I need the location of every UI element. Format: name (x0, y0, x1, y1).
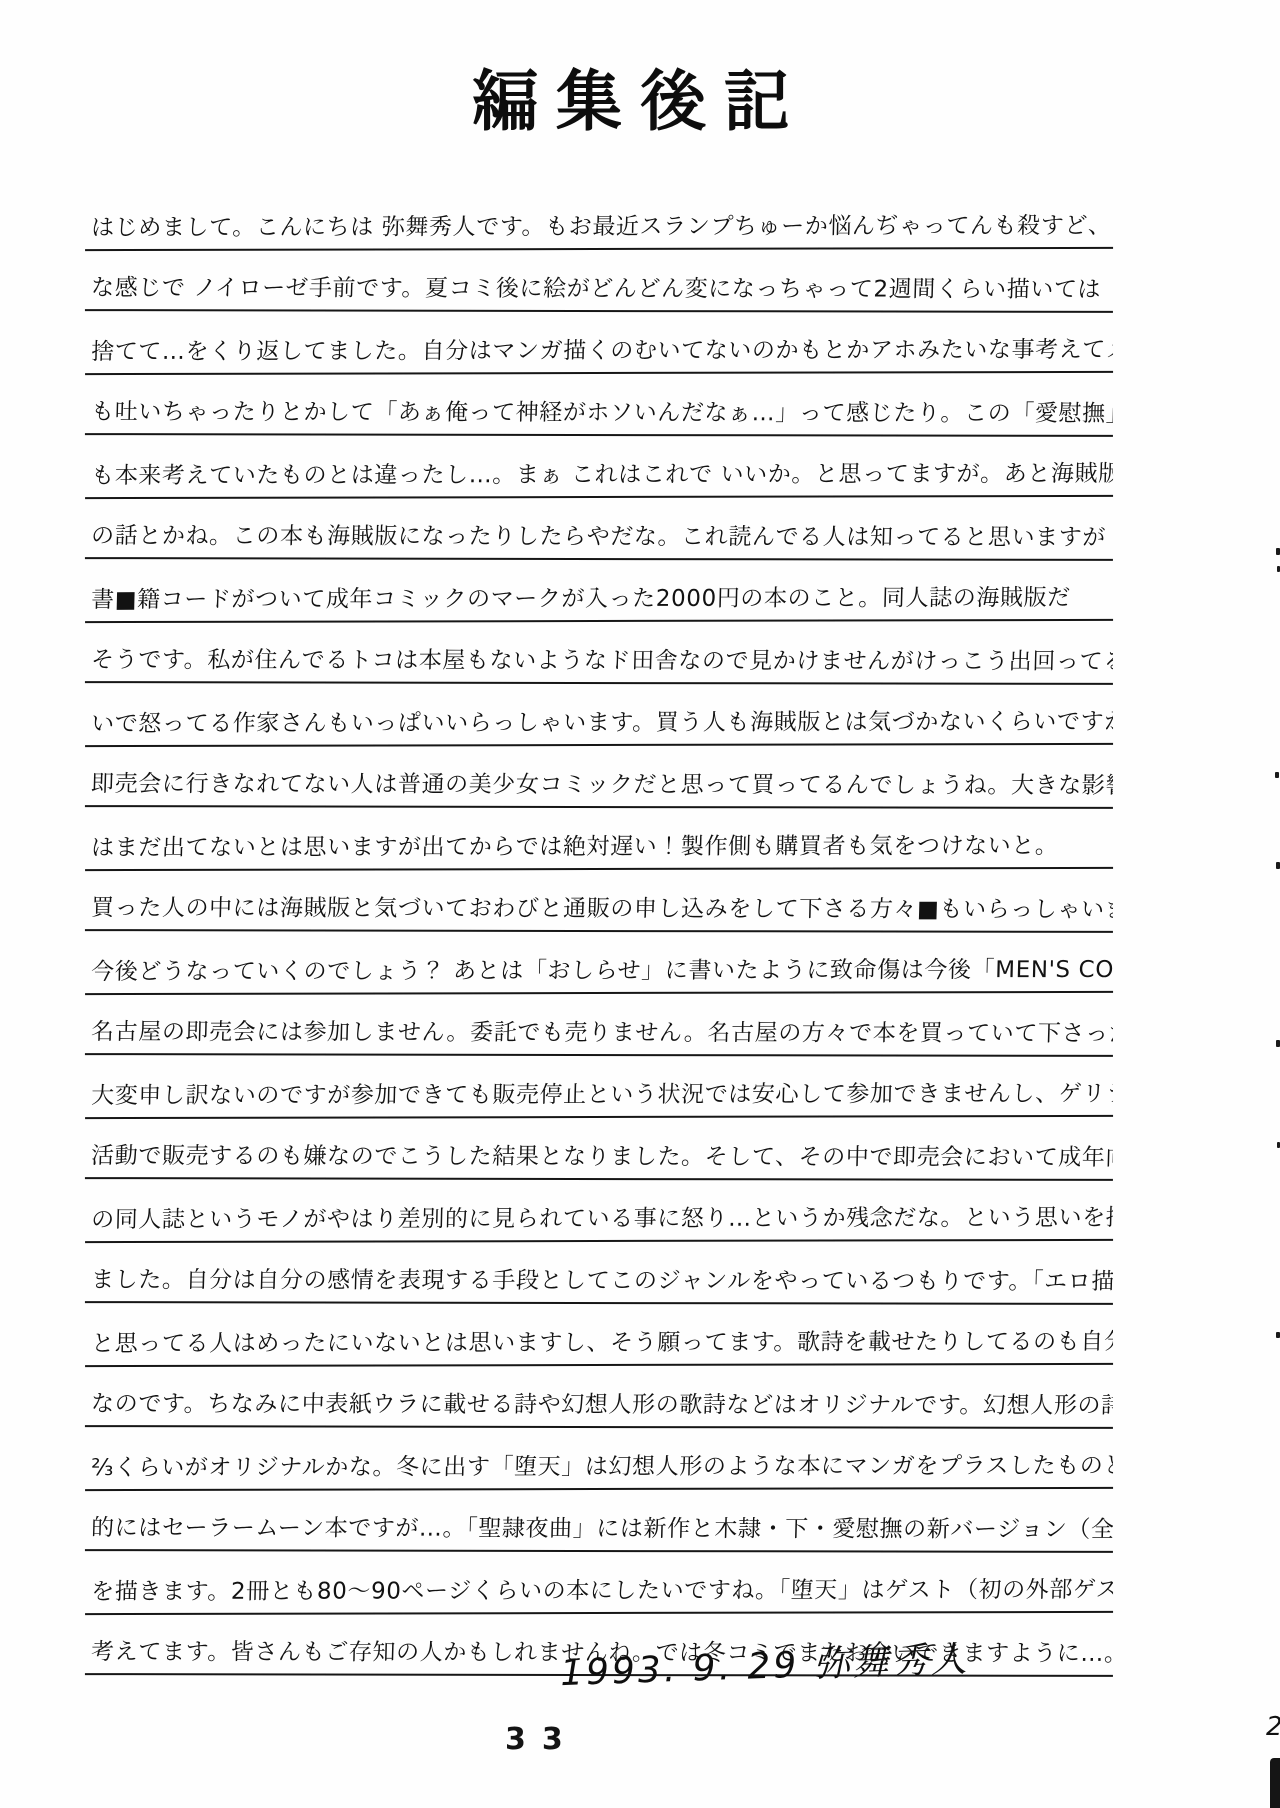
manuscript-line-text: 名古屋の即売会には参加しません。委託でも売りません。名古屋の方々で本を買っていて… (85, 1021, 1113, 1055)
manuscript-line-text: 今後どうなっていくのでしょう？ あとは「おしらせ」に書いたように致命傷は今後「M… (85, 959, 1113, 993)
edge-page-artifact: 2 (1266, 1712, 1280, 1742)
manuscript-line: 大変申し訳ないのですが参加できても販売停止という状況では安心して参加できませんし… (85, 1055, 1113, 1119)
manuscript-line-text: 的にはセーラームーン本ですが…。「聖隷夜曲」には新作と木隷・下・愛慰撫の新バージ… (85, 1517, 1113, 1551)
page-number: 33 (505, 1722, 579, 1757)
manuscript-line: を描きます。2冊とも80～90ページくらいの本にしたいですね。「堕天」はゲスト（… (85, 1551, 1113, 1615)
manuscript-line-text: 大変申し訳ないのですが参加できても販売停止という状況では安心して参加できませんし… (85, 1083, 1113, 1117)
manuscript-lines: はじめまして。こんにちは 弥舞秀人です。もお最近スランプちゅーか悩んぢゃってんも… (85, 188, 1113, 1676)
manuscript-line: の話とかね。この本も海賊版になったりしたらやだな。これ読んでる人は知ってると思い… (85, 497, 1113, 561)
manuscript-line: 買った人の中には海賊版と気づいておわびと通販の申し込みをして下さる方々■もいらっ… (85, 869, 1113, 933)
manuscript-line: 即売会に行きなれてない人は普通の美少女コミックだと思って買ってるんでしょうね。大… (85, 745, 1113, 809)
page-title: 編集後記 (0, 48, 1280, 143)
corner-smudge (1270, 1758, 1280, 1808)
manuscript-line: そうです。私が住んでるトコは本屋もないようなド田舎なので見かけませんがけっこう出… (85, 621, 1113, 685)
manuscript-line-text: いで怒ってる作家さんもいっぱいいらっしゃいます。買う人も海賊版とは気づかないくら… (85, 711, 1113, 745)
manuscript-line: はじめまして。こんにちは 弥舞秀人です。もお最近スランプちゅーか悩んぢゃってんも… (85, 187, 1113, 251)
manuscript-line-text: も本来考えていたものとは違ったし…。まぁ これはこれで いいか。と思ってますが。… (85, 463, 1113, 497)
manuscript-line-text: 買った人の中には海賊版と気づいておわびと通販の申し込みをして下さる方々■もいらっ… (85, 897, 1113, 931)
manuscript-line: 名古屋の即売会には参加しません。委託でも売りません。名古屋の方々で本を買っていて… (85, 993, 1113, 1057)
manuscript-line-text: の同人誌というモノがやはり差別的に見られている事に怒り…というか残念だな。という… (85, 1207, 1113, 1241)
scan-speck (1276, 548, 1280, 555)
manuscript-line-text: 活動で販売するのも嫌なのでこうした結果となりました。そして、その中で即売会におい… (85, 1145, 1113, 1179)
manuscript-line: 書■籍コードがついて成年コミックのマークが入った2000円の本のこと。同人誌の海… (85, 559, 1113, 623)
scan-speck (1276, 1332, 1280, 1338)
manuscript-line-text: な感じで ノイローゼ手前です。夏コミ後に絵がどんどん変になっちゃって2週間くらい… (85, 277, 1101, 311)
scan-speck (1276, 1040, 1280, 1047)
manuscript-line: いで怒ってる作家さんもいっぱいいらっしゃいます。買う人も海賊版とは気づかないくら… (85, 683, 1113, 747)
manuscript-line-text: ⅔くらいがオリジナルかな。冬に出す「堕天」は幻想人形のような本にマンガをプラスし… (85, 1454, 1113, 1489)
manuscript-line: 的にはセーラームーン本ですが…。「聖隷夜曲」には新作と木隷・下・愛慰撫の新バージ… (85, 1489, 1113, 1553)
manuscript-line-text: を描きます。2冊とも80～90ページくらいの本にしたいですね。「堕天」はゲスト（… (85, 1579, 1113, 1613)
manuscript-line-text: はじめまして。こんにちは 弥舞秀人です。もお最近スランプちゅーか悩んぢゃってんも… (85, 215, 1113, 249)
manuscript-line: 活動で販売するのも嫌なのでこうした結果となりました。そして、その中で即売会におい… (85, 1117, 1113, 1181)
manuscript-line: と思ってる人はめったにいないとは思いますし、そう願ってます。歌詩を載せたりしてる… (85, 1303, 1113, 1367)
manuscript-line-text: 捨てて…をくり返してました。自分はマンガ描くのむいてないのかもとかアホみたいな事… (85, 339, 1113, 373)
manuscript-line: の同人誌というモノがやはり差別的に見られている事に怒り…というか残念だな。という… (85, 1179, 1113, 1243)
manuscript-line-text: はまだ出てないとは思いますが出てからでは絶対遅い！製作側も購買者も気をつけないと… (85, 835, 1059, 869)
manuscript-line-text: と思ってる人はめったにいないとは思いますし、そう願ってます。歌詩を載せたりしてる… (85, 1331, 1113, 1365)
manuscript-line: はまだ出てないとは思いますが出てからでは絶対遅い！製作側も購買者も気をつけないと… (85, 807, 1113, 871)
manuscript-line: ⅔くらいがオリジナルかな。冬に出す「堕天」は幻想人形のような本にマンガをプラスし… (85, 1427, 1113, 1491)
manuscript-line: 今後どうなっていくのでしょう？ あとは「おしらせ」に書いたように致命傷は今後「M… (85, 931, 1113, 995)
manuscript-line: ました。自分は自分の感情を表現する手段としてこのジャンルをやっているつもりです。… (85, 1241, 1113, 1305)
manuscript-line-text: ました。自分は自分の感情を表現する手段としてこのジャンルをやっているつもりです。… (85, 1269, 1113, 1303)
manuscript-line-text: そうです。私が住んでるトコは本屋もないようなド田舎なので見かけませんがけっこう出… (85, 649, 1113, 683)
manuscript-line: なのです。ちなみに中表紙ウラに載せる詩や幻想人形の歌詩などはオリジナルです。幻想… (85, 1365, 1113, 1429)
manuscript-line-text: なのです。ちなみに中表紙ウラに載せる詩や幻想人形の歌詩などはオリジナルです。幻想… (85, 1393, 1113, 1427)
scan-speck (1275, 772, 1279, 778)
scan-speck (1276, 862, 1280, 869)
manuscript-line-text: の話とかね。この本も海賊版になったりしたらやだな。これ読んでる人は知ってると思い… (85, 525, 1106, 559)
manuscript-line: も吐いちゃったりとかして「あぁ俺って神経がホソいんだなぁ…」って感じたり。この「… (85, 373, 1113, 437)
manuscript-line: 捨てて…をくり返してました。自分はマンガ描くのむいてないのかもとかアホみたいな事… (85, 311, 1113, 375)
scanned-afterword-page: 編集後記 はじめまして。こんにちは 弥舞秀人です。もお最近スランプちゅーか悩んぢ… (0, 0, 1280, 1808)
manuscript-line: も本来考えていたものとは違ったし…。まぁ これはこれで いいか。と思ってますが。… (85, 435, 1113, 499)
manuscript-line-text: 即売会に行きなれてない人は普通の美少女コミックだと思って買ってるんでしょうね。大… (85, 773, 1113, 807)
manuscript-line-text: も吐いちゃったりとかして「あぁ俺って神経がホソいんだなぁ…」って感じたり。この「… (85, 401, 1113, 435)
manuscript-line: な感じで ノイローゼ手前です。夏コミ後に絵がどんどん変になっちゃって2週間くらい… (85, 249, 1113, 313)
manuscript-line-text: 書■籍コードがついて成年コミックのマークが入った2000円の本のこと。同人誌の海… (85, 587, 1071, 621)
